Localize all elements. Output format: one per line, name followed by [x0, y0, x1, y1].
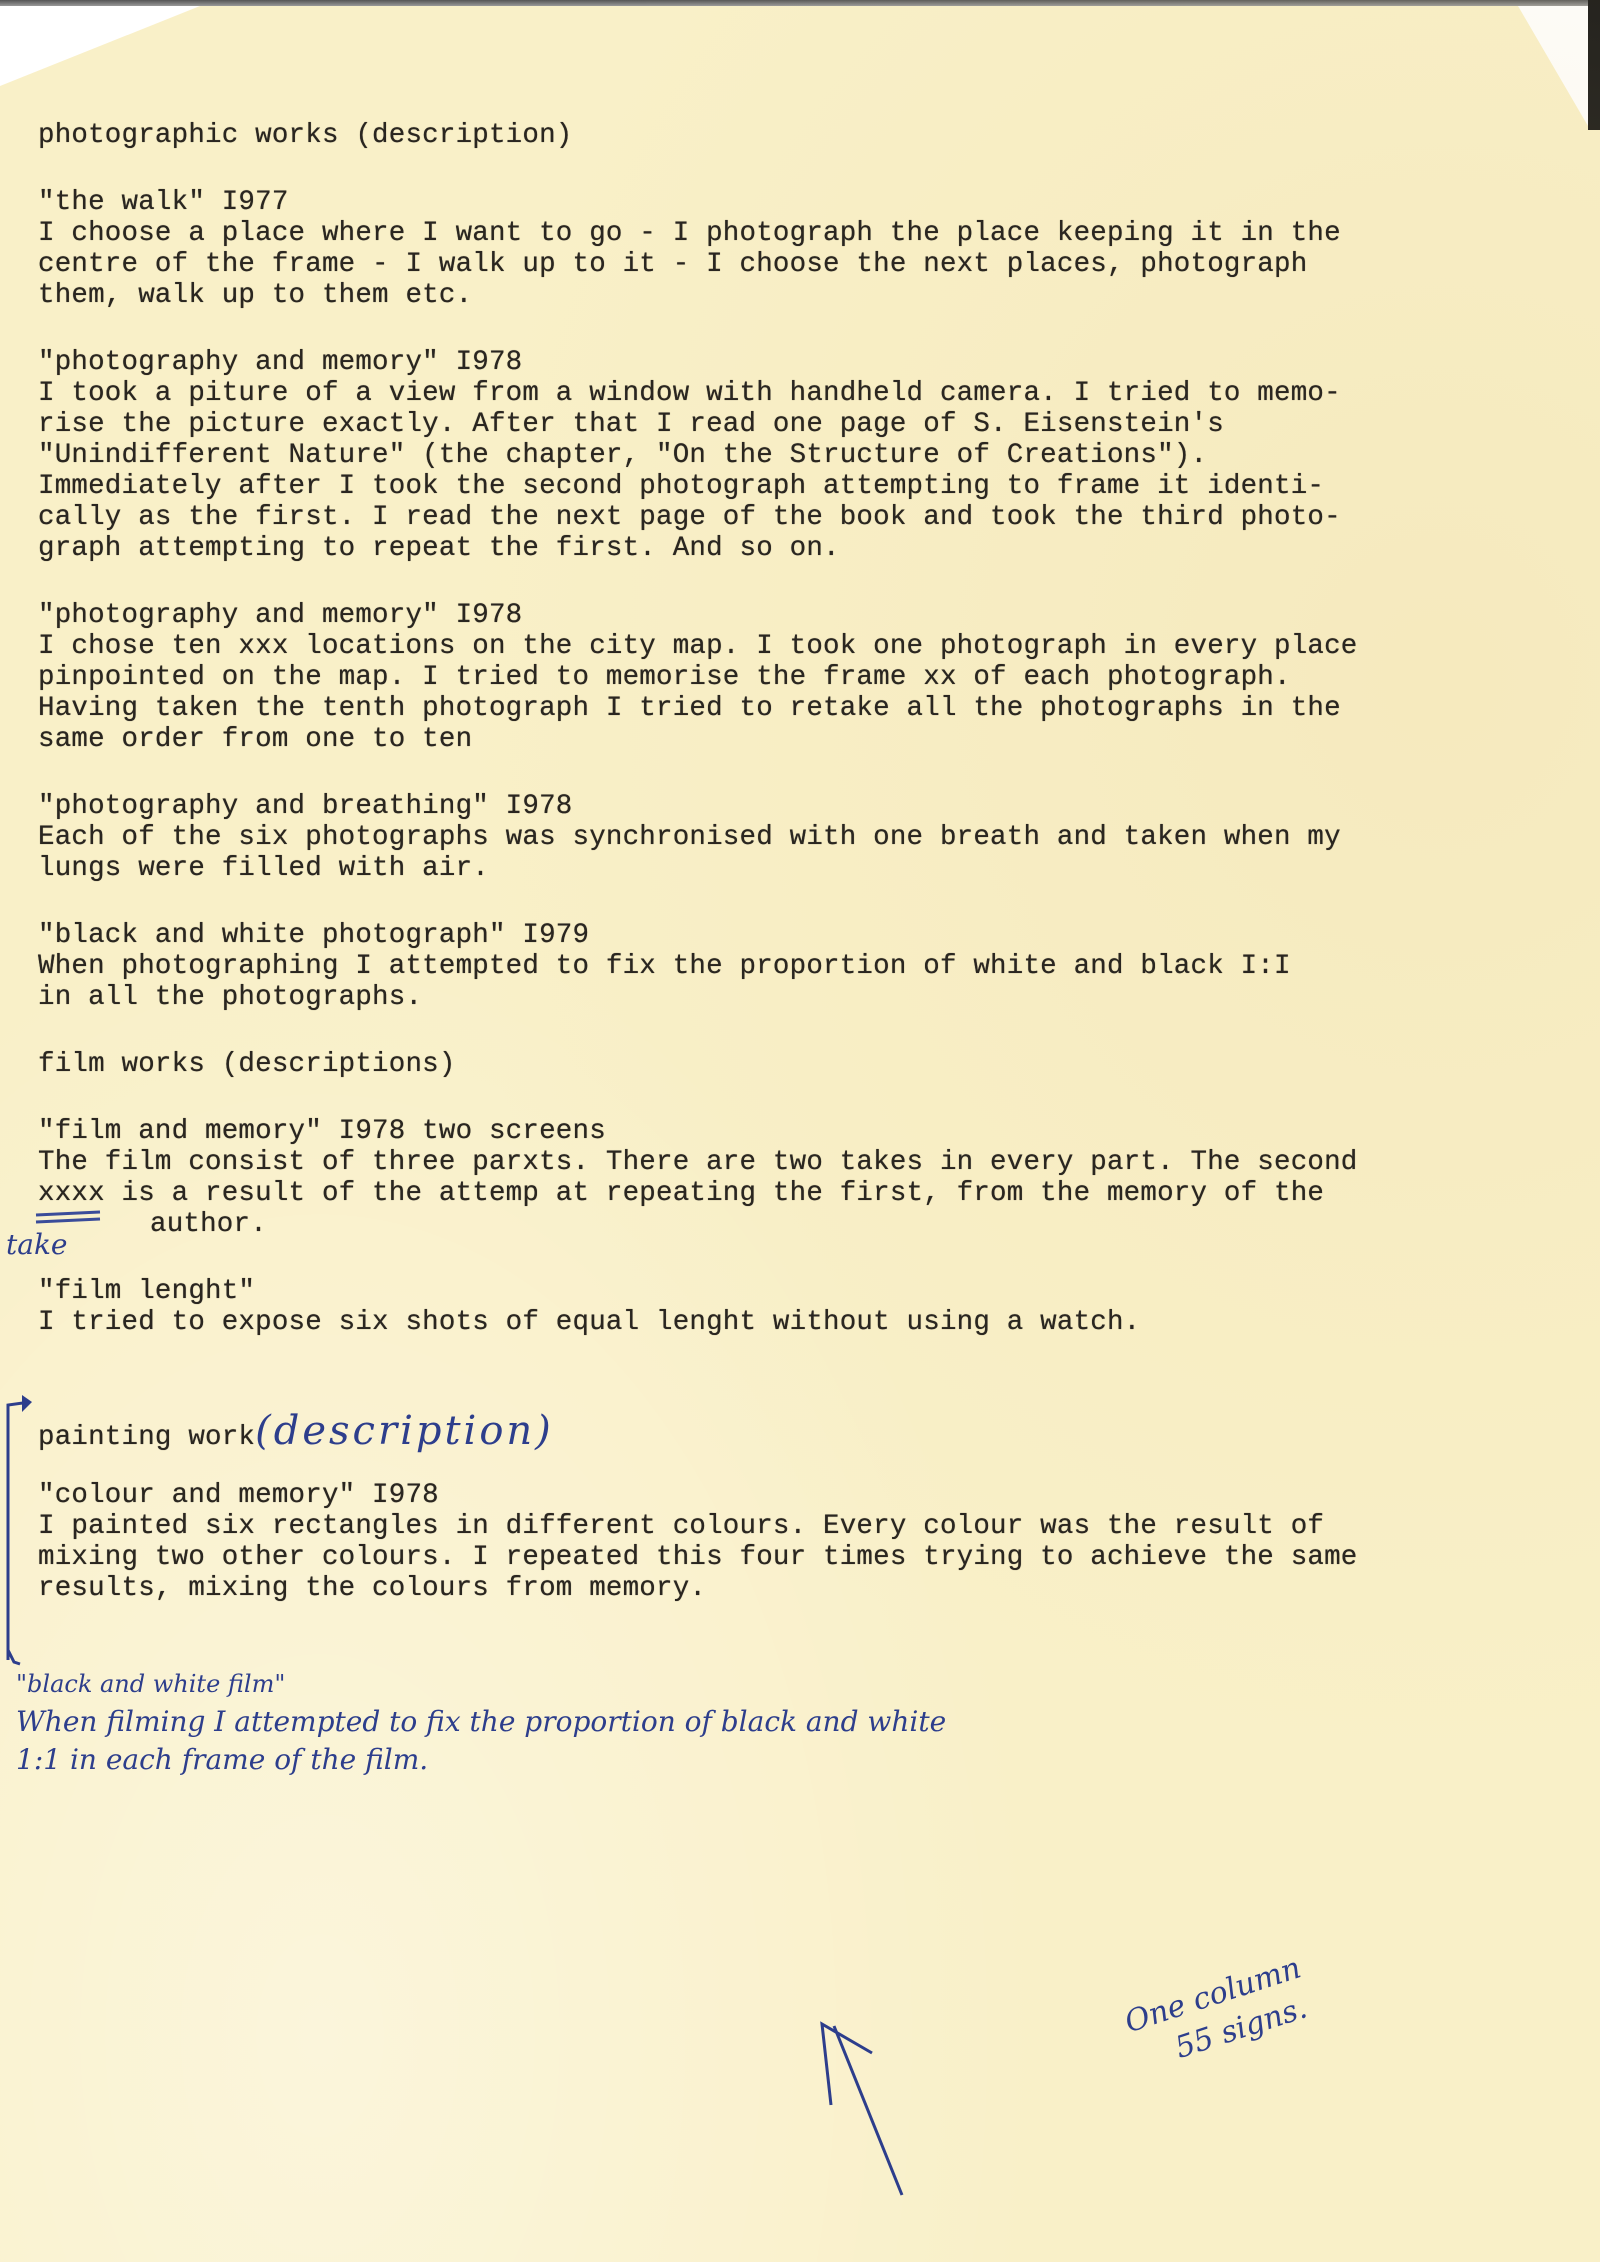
paper-corner-cut-right: [1518, 6, 1588, 126]
handwritten-take-correction: take: [6, 1228, 67, 1261]
work-entry: "photography and breathing" I978 Each of…: [38, 791, 1578, 884]
work-line: "Unindifferent Nature" (the chapter, "On…: [38, 440, 1578, 471]
work-line: same order from one to ten: [38, 724, 1578, 755]
work-entry: "colour and memory" I978 I painted six r…: [38, 1480, 1578, 1604]
work-title: "photography and breathing" I978: [38, 791, 1578, 822]
up-arrow-icon: [822, 2024, 902, 2195]
handwritten-bw-film-line: 1:1 in each frame of the film.: [16, 1741, 946, 1779]
scan-frame-right: [1588, 0, 1600, 130]
work-line: I took a piture of a view from a window …: [38, 378, 1578, 409]
work-line: results, mixing the colours from memory.: [38, 1573, 1578, 1604]
section-heading-painting: painting work(description): [38, 1408, 1578, 1454]
work-line: pinpointed on the map. I tried to memori…: [38, 662, 1578, 693]
work-line: I chose ten xxx locations on the city ma…: [38, 631, 1578, 662]
work-line: centre of the frame - I walk up to it - …: [38, 249, 1578, 280]
typed-sheet: photographic works (description) "the wa…: [38, 120, 1578, 1640]
handwritten-column-note: One column 55 signs.: [1120, 1949, 1319, 2082]
handwritten-bw-film-title: "black and white film": [16, 1665, 946, 1703]
scan-frame-top: [0, 0, 1600, 6]
insertion-bracket-icon: [8, 1402, 30, 1664]
work-line: Immediately after I took the second phot…: [38, 471, 1578, 502]
work-title: "film lenght": [38, 1276, 1578, 1307]
work-entry: "photography and memory" I978 I chose te…: [38, 600, 1578, 755]
work-line: Each of the six photographs was synchron…: [38, 822, 1578, 853]
work-entry: "black and white photograph" I979 When p…: [38, 920, 1578, 1013]
work-title: "black and white photograph" I979: [38, 920, 1578, 951]
section-heading-photographic: photographic works (description): [38, 120, 1578, 151]
work-line: I tried to expose six shots of equal len…: [38, 1307, 1578, 1338]
work-title: "the walk" I977: [38, 187, 1578, 218]
work-line: The film consist of three parxts. There …: [38, 1147, 1578, 1178]
work-line: xxxx is a result of the attemp at repeat…: [38, 1178, 1578, 1209]
work-line: in all the photographs.: [38, 982, 1578, 1013]
bracket-arrowhead-icon: [22, 1395, 32, 1412]
paper-corner-cut-left: [0, 6, 200, 86]
work-line: graph attempting to repeat the first. An…: [38, 533, 1578, 564]
work-line: author.: [38, 1209, 1578, 1240]
work-title: "photography and memory" I978: [38, 347, 1578, 378]
work-line: them, walk up to them etc.: [38, 280, 1578, 311]
work-entry: "the walk" I977 I choose a place where I…: [38, 187, 1578, 311]
work-title: "photography and memory" I978: [38, 600, 1578, 631]
work-line: I choose a place where I want to go - I …: [38, 218, 1578, 249]
work-line: When photographing I attempted to fix th…: [38, 951, 1578, 982]
section-heading-film: film works (descriptions): [38, 1049, 1578, 1080]
handwritten-bw-film-note: "black and white film" When filming I at…: [16, 1665, 946, 1779]
painting-heading-typed: painting work: [38, 1422, 255, 1453]
work-line: I painted six rectangles in different co…: [38, 1511, 1578, 1542]
work-line: mixing two other colours. I repeated thi…: [38, 1542, 1578, 1573]
work-entry: "film and memory" I978 two screens The f…: [38, 1116, 1578, 1240]
work-entry: "film lenght" I tried to expose six shot…: [38, 1276, 1578, 1338]
handwritten-bw-film-line: When filming I attempted to fix the prop…: [16, 1703, 946, 1741]
work-title: "colour and memory" I978: [38, 1480, 1578, 1511]
work-entry: "photography and memory" I978 I took a p…: [38, 347, 1578, 564]
painting-heading-handwritten: (description): [255, 1408, 554, 1454]
work-line: Having taken the tenth photograph I trie…: [38, 693, 1578, 724]
work-title: "film and memory" I978 two screens: [38, 1116, 1578, 1147]
work-line: cally as the first. I read the next page…: [38, 502, 1578, 533]
work-line: lungs were filled with air.: [38, 853, 1578, 884]
work-line: rise the picture exactly. After that I r…: [38, 409, 1578, 440]
